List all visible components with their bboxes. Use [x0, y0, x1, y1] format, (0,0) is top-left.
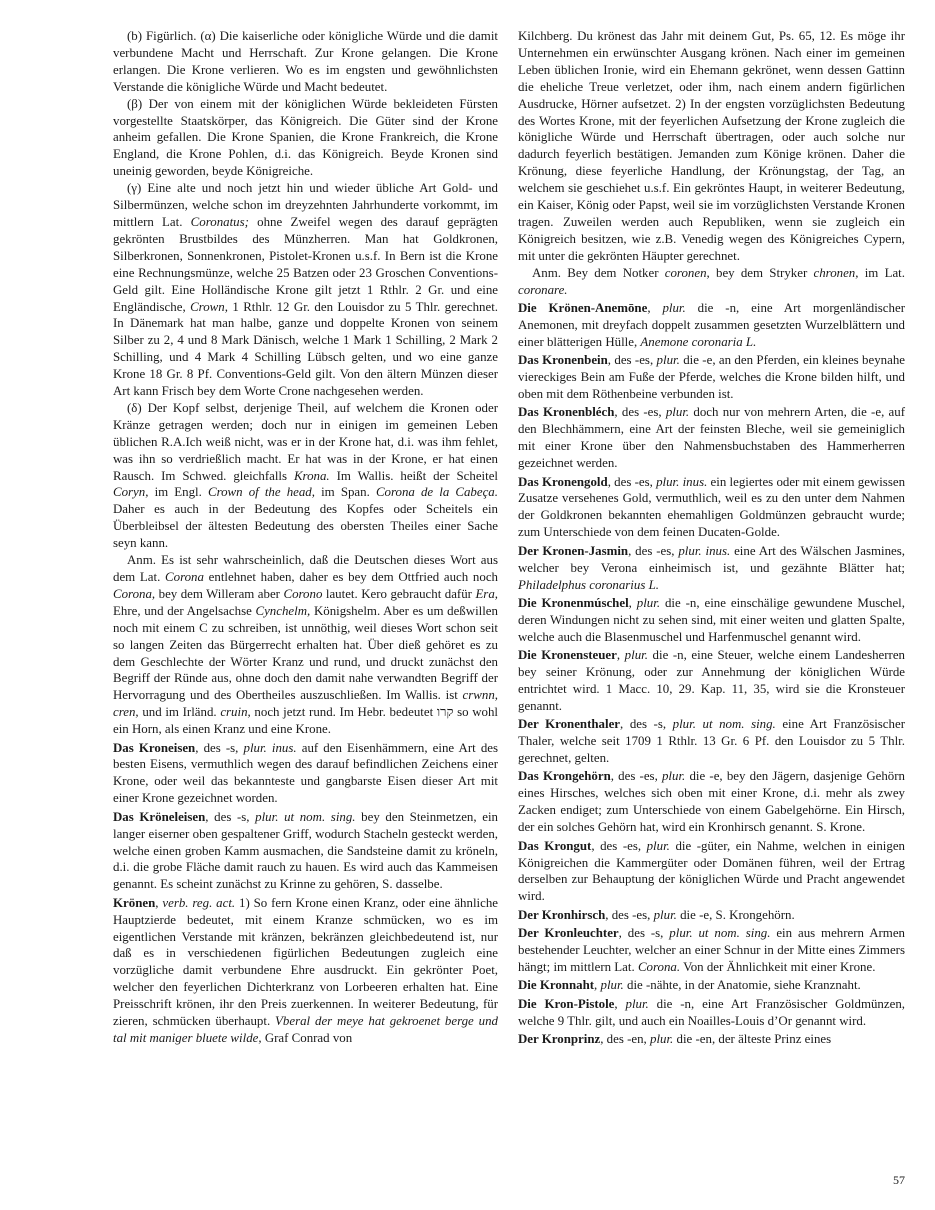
text-run: Kilchberg. Du krönest das Jahr mit deine… [518, 29, 905, 263]
text-run: im Span. [315, 485, 376, 499]
text-run: entlehnet haben, daher es bey dem Ottfri… [204, 570, 498, 584]
italic-term: plur. [666, 405, 689, 419]
italic-term: plur. [601, 978, 624, 992]
italic-term: Corona, [113, 587, 155, 601]
italic-term: plur. ut nom. sing. [673, 717, 776, 731]
left-column: (b) Figürlich. (α) Die kaiserliche oder … [113, 28, 498, 1047]
text-run: , des -es, [628, 544, 678, 558]
text-run: , des -es, [605, 908, 653, 922]
text-run: Im Wallis. heißt der Scheitel [330, 469, 498, 483]
text-run: , des -es, [611, 769, 662, 783]
text-run: Anm. Bey dem Notker [532, 266, 665, 280]
text-paragraph: Anm. Bey dem Notker coronen, bey dem Str… [518, 265, 905, 299]
italic-term: plur. ut nom. sing. [255, 810, 355, 824]
dictionary-entry: Der Kronenthaler, des -s, plur. ut nom. … [518, 716, 905, 767]
entry-headword: Das Kröneleisen [113, 810, 205, 824]
entry-headword: Der Kronenthaler [518, 717, 620, 731]
italic-term: Corona [165, 570, 204, 584]
text-run: , des -s, [620, 717, 673, 731]
italic-term: plur. inus. [656, 475, 707, 489]
entry-headword: Die Kronenmúschel [518, 596, 629, 610]
dictionary-entry: Die Krönen-Anemōne, plur. die -n, eine A… [518, 300, 905, 351]
text-run: lautet. Kero gebraucht dafür [322, 587, 475, 601]
entry-headword: Die Krönen-Anemōne [518, 301, 647, 315]
dictionary-entry: Das Kronenbléch, des -es, plur. doch nur… [518, 404, 905, 472]
italic-term: plur. inus. [678, 544, 730, 558]
dictionary-entry: Die Kronensteuer, plur. die -n, eine Ste… [518, 647, 905, 715]
dictionary-entry: Das Kronengold, des -es, plur. inus. ein… [518, 474, 905, 542]
text-paragraph: (δ) Der Kopf selbst, derjenige Theil, au… [113, 400, 498, 552]
italic-term: plur. [626, 997, 649, 1011]
text-run: , [614, 997, 625, 1011]
entry-headword: Der Kronhirsch [518, 908, 605, 922]
text-run: bey dem Stryker [710, 266, 814, 280]
italic-term: plur. [654, 908, 677, 922]
text-paragraph: (β) Der von einem mit der königlichen Wü… [113, 96, 498, 181]
dictionary-entry: Der Kronprinz, des -en, plur. die -en, d… [518, 1031, 905, 1048]
text-run: , des -es, [614, 405, 665, 419]
text-run: , des -s, [205, 810, 255, 824]
dictionary-entry: Die Kronnaht, plur. die -nähte, in der A… [518, 977, 905, 994]
dictionary-entry: Der Kronen-Jasmin, des -es, plur. inus. … [518, 543, 905, 594]
italic-term: cruin, [220, 705, 250, 719]
italic-term: plur. [662, 769, 685, 783]
text-run: die -en, der älteste Prinz eines [673, 1032, 831, 1046]
italic-term: Crown of the head, [208, 485, 315, 499]
text-run: , des -s, [195, 741, 243, 755]
italic-term: plur. [625, 648, 648, 662]
italic-term: coronare. [518, 283, 568, 297]
italic-term: Coronatus; [191, 215, 249, 229]
text-run: 1 Rthlr. 12 Gr. den Louisdor zu 5 Thlr. … [113, 300, 498, 399]
dictionary-entry: Der Kronhirsch, des -es, plur. die -e, S… [518, 907, 905, 924]
right-column: Kilchberg. Du krönest das Jahr mit deine… [518, 28, 905, 1048]
text-paragraph: Kilchberg. Du krönest das Jahr mit deine… [518, 28, 905, 265]
dictionary-entry: Das Krongehörn, des -es, plur. die -e, b… [518, 768, 905, 836]
text-paragraph: (b) Figürlich. (α) Die kaiserliche oder … [113, 28, 498, 96]
text-run: die -nähte, in der Anatomie, siehe Kranz… [624, 978, 861, 992]
text-paragraph: (γ) Eine alte und noch jetzt hin und wie… [113, 180, 498, 400]
text-run: Daher es auch in der Bedeutung des Kopfe… [113, 502, 498, 550]
italic-term: plur. [657, 353, 680, 367]
text-run: Königshelm. Aber es um deßwillen noch mi… [113, 604, 498, 703]
entry-headword: Krönen [113, 896, 155, 910]
entry-headword: Das Kronenbein [518, 353, 608, 367]
italic-term: Crown, [190, 300, 228, 314]
italic-term: Coryn, [113, 485, 148, 499]
italic-term: Corona. [638, 960, 680, 974]
italic-term: Corono [283, 587, 322, 601]
entry-headword: Das Kronengold [518, 475, 608, 489]
text-run: Ehre, und der Angelsachse [113, 604, 255, 618]
entry-headword: Die Kron-Pistole [518, 997, 614, 1011]
text-run: (β) Der von einem mit der königlichen Wü… [113, 97, 498, 179]
entry-headword: Das Kronenbléch [518, 405, 614, 419]
text-run: , [629, 596, 637, 610]
dictionary-entry: Das Kröneleisen, des -s, plur. ut nom. s… [113, 809, 498, 894]
text-run: Von der Ähnlichkeit mit einer Krone. [680, 960, 875, 974]
text-run: 1) So fern Krone einen Kranz, oder eine … [113, 896, 498, 1028]
italic-term: plur. [662, 301, 685, 315]
italic-term: Corona de la Cabeça. [376, 485, 498, 499]
entry-headword: Das Krongehörn [518, 769, 611, 783]
entry-headword: Der Kronen-Jasmin [518, 544, 628, 558]
text-run: und im Irländ. [139, 705, 221, 719]
italic-term: chronen, [813, 266, 858, 280]
dictionary-entry: Der Kronleuchter, des -s, plur. ut nom. … [518, 925, 905, 976]
text-run: die -e, S. Krongehörn. [677, 908, 795, 922]
text-run: bey dem Willeram aber [155, 587, 283, 601]
text-run: , des -en, [600, 1032, 650, 1046]
page-number: 57 [880, 1172, 905, 1189]
italic-term: plur. [647, 839, 670, 853]
text-run: im Engl. [148, 485, 208, 499]
text-run: , des -es, [608, 353, 657, 367]
text-run: Graf Conrad von [262, 1031, 353, 1045]
dictionary-entry: Das Krongut, des -es, plur. die -güter, … [518, 838, 905, 906]
italic-term: plur. inus. [244, 741, 297, 755]
italic-term: Cynchelm, [255, 604, 310, 618]
italic-term: plur. ut nom. sing. [669, 926, 770, 940]
text-run: , [617, 648, 625, 662]
dictionary-page: (b) Figürlich. (α) Die kaiserliche oder … [0, 0, 935, 1210]
italic-term: Philadelphus coronarius L. [518, 578, 659, 592]
text-run: , [647, 301, 662, 315]
entry-headword: Das Krongut [518, 839, 591, 853]
text-run: , des -s, [619, 926, 670, 940]
text-paragraph: Anm. Es ist sehr wahrscheinlich, daß die… [113, 552, 498, 738]
entry-headword: Die Kronensteuer [518, 648, 617, 662]
italic-term: Era, [475, 587, 498, 601]
text-run: (b) Figürlich. (α) Die kaiserliche oder … [113, 29, 498, 94]
dictionary-entry: Krönen, verb. reg. act. 1) So fern Krone… [113, 895, 498, 1047]
italic-term: coronen, [665, 266, 710, 280]
dictionary-entry: Das Kronenbein, des -es, plur. die -e, a… [518, 352, 905, 403]
dictionary-entry: Die Kron-Pistole, plur. die -n, eine Art… [518, 996, 905, 1030]
italic-term: Krona. [294, 469, 330, 483]
italic-term: plur. [650, 1032, 673, 1046]
dictionary-entry: Die Kronenmúschel, plur. die -n, eine ei… [518, 595, 905, 646]
italic-term: Anemone coronaria L. [640, 335, 756, 349]
entry-headword: Die Kronnaht [518, 978, 594, 992]
entry-headword: Der Kronprinz [518, 1032, 600, 1046]
italic-term: plur. [637, 596, 660, 610]
dictionary-entry: Das Kroneisen, des -s, plur. inus. auf d… [113, 740, 498, 808]
entry-headword: Das Kroneisen [113, 741, 195, 755]
italic-term: verb. reg. act. [162, 896, 235, 910]
entry-headword: Der Kronleuchter [518, 926, 619, 940]
text-run: im Lat. [858, 266, 905, 280]
text-run: , des -es, [591, 839, 646, 853]
text-run: , des -es, [608, 475, 656, 489]
